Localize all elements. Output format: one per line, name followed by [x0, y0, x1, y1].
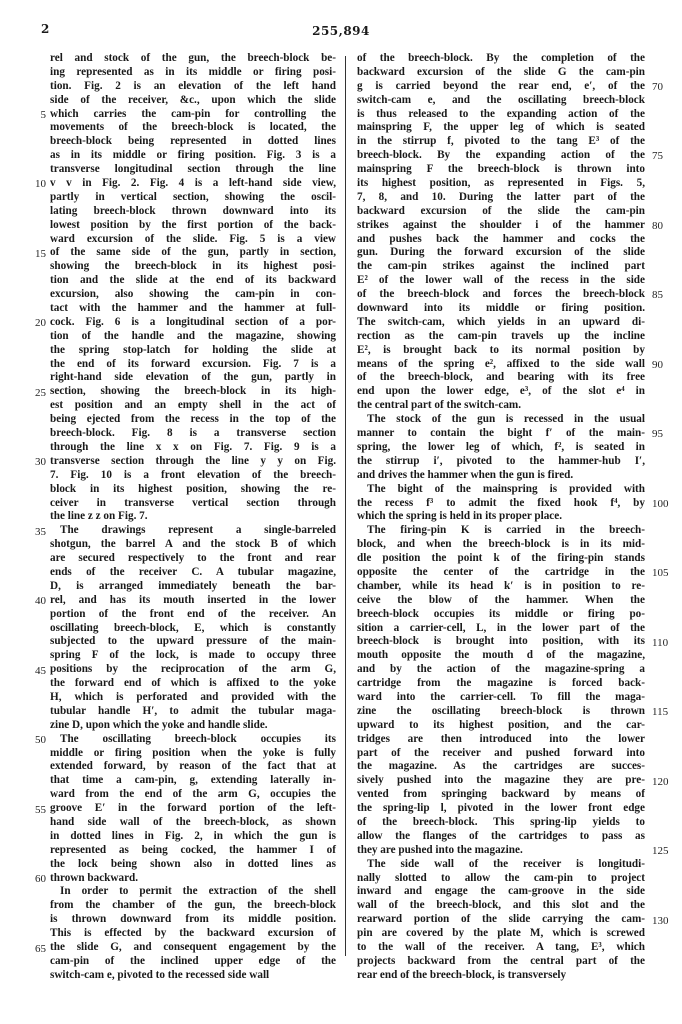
- text-line: partly in vertical section, showing the …: [50, 191, 336, 205]
- text-line: wall of the breech-block, and this slot …: [357, 899, 645, 913]
- text-line: to the wall of the receiver. A tang, E³,…: [357, 941, 645, 955]
- text-line: In order to permit the extraction of the…: [50, 885, 336, 899]
- line-number: 105: [652, 567, 669, 579]
- text-line: ing represented as in its middle or firi…: [50, 66, 336, 80]
- text-line: subjected to the upward pressure of the …: [50, 635, 336, 649]
- text-line: cam-pin of the inclined upper edge of th…: [50, 955, 336, 969]
- text-line: which carries the cam-pin for controllin…: [50, 108, 336, 122]
- text-line: and pushes back the hammer and cocks the: [357, 233, 645, 247]
- text-line: ceiver in transverse vertical section th…: [50, 497, 336, 511]
- text-line: tact with the hammer and the hammer at f…: [50, 302, 336, 316]
- text-line: ward into the carrier-cell. To fill the …: [357, 691, 645, 705]
- text-line: the forward end of which is affixed to t…: [50, 677, 336, 691]
- line-number: 55: [35, 804, 46, 816]
- text-line: tion and the slide at the end of its bac…: [50, 274, 336, 288]
- text-line: gun. During the forward excursion of the…: [357, 246, 645, 260]
- text-line: and by the action of the magazine-spring…: [357, 663, 645, 677]
- text-line: The firing-pin K is carried in the breec…: [357, 524, 645, 538]
- text-line: which the spring is held in its proper p…: [357, 510, 645, 524]
- text-line: v v in Fig. 2. Fig. 4 is a left-hand sid…: [50, 177, 336, 191]
- text-line: lating breech-block thrown downward into…: [50, 205, 336, 219]
- text-line: breech-block. By the expanding action of…: [357, 149, 645, 163]
- text-line: tridges are then introduced into the low…: [357, 733, 645, 747]
- line-number: 80: [652, 220, 663, 232]
- text-line: thrown backward.: [50, 872, 336, 886]
- text-line: transverse section through the line y y …: [50, 455, 336, 469]
- line-number: 5: [41, 109, 47, 121]
- text-line: inward and engage the cam-groove in the …: [357, 885, 645, 899]
- text-line: the line z z on Fig. 7.: [50, 510, 336, 524]
- text-line: E², is brought back to its normal positi…: [357, 344, 645, 358]
- text-line: rear end of the breech-block, is transve…: [357, 969, 645, 983]
- text-line: lowest position by the first portion of …: [50, 219, 336, 233]
- text-line: The switch-cam, which yields in an upwar…: [357, 316, 645, 330]
- line-number: 75: [652, 150, 663, 162]
- column-divider: [345, 56, 346, 956]
- text-line: breech-block occupies its middle or firi…: [357, 608, 645, 622]
- text-line: the central part of the switch-cam.: [357, 399, 645, 413]
- text-line: mouth opposite the mouth d of the magazi…: [357, 649, 645, 663]
- text-line: oscillating breech-block, E, which is co…: [50, 622, 336, 636]
- text-line: means of the spring e², affixed to the s…: [357, 358, 645, 372]
- text-line: allow the flanges of the cartridges to p…: [357, 830, 645, 844]
- text-line: in the stirrup f, pivoted to the tang E³…: [357, 135, 645, 149]
- text-line: The side wall of the receiver is longitu…: [357, 858, 645, 872]
- text-line: ward from the end of the arm G, occupies…: [50, 788, 336, 802]
- text-line: as in its middle or firing position. Fig…: [50, 149, 336, 163]
- text-line: through the line x x on Fig. 7. Fig. 9 i…: [50, 441, 336, 455]
- text-line: are secured respectively to the front an…: [50, 552, 336, 566]
- line-number: 110: [652, 637, 668, 649]
- text-line: in dotted lines in Fig. 2, in which the …: [50, 830, 336, 844]
- text-line: spring, the lower leg of which, f², is s…: [357, 441, 645, 455]
- text-line: tubular handle H′, to admit the tubular …: [50, 705, 336, 719]
- text-line: The drawings represent a single-barreled: [50, 524, 336, 538]
- text-line: the spring stop-latch for holding the sl…: [50, 344, 336, 358]
- text-line: side of the receiver, &c., upon which th…: [50, 94, 336, 108]
- text-line: the slide G, and consequent engagement b…: [50, 941, 336, 955]
- text-line: hand side wall of the breech-block, as s…: [50, 816, 336, 830]
- text-line: right-hand side elevation of the gun, pa…: [50, 371, 336, 385]
- text-line: ends of the receiver C. A tubular magazi…: [50, 566, 336, 580]
- text-line: tion of the handle and the magazine, sho…: [50, 330, 336, 344]
- text-line: its highest position, as represented in …: [357, 177, 645, 191]
- text-line: the recess f³ to admit the fixed hook f⁴…: [357, 497, 645, 511]
- line-number: 85: [652, 289, 663, 301]
- line-number: 70: [652, 81, 663, 93]
- text-line: rearward portion of the slide carrying t…: [357, 913, 645, 927]
- text-line: of the breech-block. This spring-lip yie…: [357, 816, 645, 830]
- text-line: mainspring F the breech-block is thrown …: [357, 163, 645, 177]
- line-number: 50: [35, 734, 46, 746]
- line-number: 10: [35, 178, 46, 190]
- text-line: zine the oscillating breech-block is thr…: [357, 705, 645, 719]
- text-line: spring F of the lock, is made to occupy …: [50, 649, 336, 663]
- text-line: 7. Fig. 10 is a front elevation of the b…: [50, 469, 336, 483]
- text-line: and drives the hammer when the gun is fi…: [357, 469, 645, 483]
- text-line: rel, and has its mouth inserted in the l…: [50, 594, 336, 608]
- text-line: showing the breech-block in its highest …: [50, 260, 336, 274]
- text-line: breech-block being represented in dotted…: [50, 135, 336, 149]
- text-line: chamber, while its head k′ is in positio…: [357, 580, 645, 594]
- text-line: movements of the breech-block is located…: [50, 121, 336, 135]
- text-line: of the breech-block, and bearing with it…: [357, 371, 645, 385]
- text-line: the end of its forward excursion. Fig. 7…: [50, 358, 336, 372]
- text-line: zine D, upon which the yoke and handle s…: [50, 719, 336, 733]
- text-line: nally slotted to allow the cam-pin to pr…: [357, 872, 645, 886]
- text-line: that time a cam-pin, g, extending latera…: [50, 774, 336, 788]
- line-number: 20: [35, 317, 46, 329]
- text-line: the lock being shown also in dotted line…: [50, 858, 336, 872]
- text-line: cock. Fig. 6 is a longitudinal section o…: [50, 316, 336, 330]
- text-line: The bight of the mainspring is provided …: [357, 483, 645, 497]
- patent-number: 255,894: [0, 24, 682, 38]
- text-line: pin are covered by the plate M, which is…: [357, 927, 645, 941]
- text-line: block, and when the breech-block is in i…: [357, 538, 645, 552]
- text-line: tion. Fig. 2 is an elevation of the left…: [50, 80, 336, 94]
- text-line: rel and stock of the gun, the breech-blo…: [50, 52, 336, 66]
- text-line: represented as being cocked, the hammer …: [50, 844, 336, 858]
- text-line: opposite the center of the cartridge in …: [357, 566, 645, 580]
- text-line: switch-cam e, pivoted to the recessed si…: [50, 969, 336, 983]
- text-line: The oscillating breech-block occupies it…: [50, 733, 336, 747]
- text-line: This is effected by the backward excursi…: [50, 927, 336, 941]
- text-line: vented from springing backward by means …: [357, 788, 645, 802]
- text-line: manner to contain the bight f′ of the ma…: [357, 427, 645, 441]
- line-number: 130: [652, 915, 669, 927]
- text-line: of the breech-block. By the completion o…: [357, 52, 645, 66]
- text-line: switch-cam e, and the oscillating breech…: [357, 94, 645, 108]
- text-line: The stock of the gun is recessed in the …: [357, 413, 645, 427]
- text-line: dle position the point k of the firing-p…: [357, 552, 645, 566]
- text-line: is thus released to the expanding action…: [357, 108, 645, 122]
- text-line: middle or firing position when the yoke …: [50, 747, 336, 761]
- text-line: end upon the lower edge, e³, of the slot…: [357, 385, 645, 399]
- text-line: extended forward, by reason of the fact …: [50, 760, 336, 774]
- text-line: section, showing the breech-block in its…: [50, 385, 336, 399]
- text-line: rection as the cam-pin travels up the in…: [357, 330, 645, 344]
- line-number: 35: [35, 526, 46, 538]
- text-line: the spring-lip l, pivoted in the lower f…: [357, 802, 645, 816]
- text-line: excursion, also showing the cam-pin in c…: [50, 288, 336, 302]
- text-line: sition a carrier-cell, L, in the lower p…: [357, 622, 645, 636]
- line-number: 115: [652, 706, 668, 718]
- text-line: positions by the reciprocation of the ar…: [50, 663, 336, 677]
- text-line: projects backward from the central part …: [357, 955, 645, 969]
- text-line: shotgun, the barrel A and the stock B of…: [50, 538, 336, 552]
- text-line: downward into its middle or firing posit…: [357, 302, 645, 316]
- text-line: H, which is perforated and provided with…: [50, 691, 336, 705]
- text-line: sively pushed into the magazine they are…: [357, 774, 645, 788]
- text-line: transverse longitudinal section through …: [50, 163, 336, 177]
- text-line: E² of the lower wall of the recess in th…: [357, 274, 645, 288]
- text-line: block in its highest position, showing t…: [50, 483, 336, 497]
- text-line: of the same side of the gun, partly in s…: [50, 246, 336, 260]
- line-number: 25: [35, 387, 46, 399]
- text-line: from the chamber of the gun, the breech-…: [50, 899, 336, 913]
- text-line: ceive the blow of the hammer. When the: [357, 594, 645, 608]
- line-number: 90: [652, 359, 663, 371]
- line-number: 95: [652, 428, 663, 440]
- text-line: breech-block. Fig. 8 is a transverse sec…: [50, 427, 336, 441]
- line-number: 60: [35, 873, 46, 885]
- text-line: the magazine. As the cartridges are succ…: [357, 760, 645, 774]
- text-line: 7, 8, and 10. During the latter part of …: [357, 191, 645, 205]
- line-number: 45: [35, 665, 46, 677]
- line-number: 30: [35, 456, 46, 468]
- text-line: mainspring F, the upper leg of which is …: [357, 121, 645, 135]
- line-number: 15: [35, 248, 46, 260]
- text-line: groove E′ in the forward portion of the …: [50, 802, 336, 816]
- line-number: 40: [35, 595, 46, 607]
- text-line: they are pushed into the magazine.: [357, 844, 645, 858]
- right-text-column: of the breech-block. By the completion o…: [357, 52, 645, 983]
- text-line: D, is arranged immediately beneath the b…: [50, 580, 336, 594]
- text-line: part of the receiver and pushed forward …: [357, 747, 645, 761]
- text-line: est position and an empty shell in the a…: [50, 399, 336, 413]
- text-line: the cam-pin strikes against the inclined…: [357, 260, 645, 274]
- left-text-column: rel and stock of the gun, the breech-blo…: [50, 52, 336, 983]
- line-number: 100: [652, 498, 669, 510]
- text-line: being ejected from the recess in the top…: [50, 413, 336, 427]
- text-line: g is carried beyond the rear end, e′, of…: [357, 80, 645, 94]
- text-line: the stirrup i′, pivoted to the hammer-hu…: [357, 455, 645, 469]
- line-number: 120: [652, 776, 669, 788]
- text-line: upward to its highest position, and the …: [357, 719, 645, 733]
- text-line: of the breech-block and forces the breec…: [357, 288, 645, 302]
- line-number: 125: [652, 845, 669, 857]
- text-line: portion of the front end of the receiver…: [50, 608, 336, 622]
- text-line: backward excursion of the slide G the ca…: [357, 66, 645, 80]
- text-line: breech-block is brought into position, w…: [357, 635, 645, 649]
- text-line: strikes against the shoulder i of the ha…: [357, 219, 645, 233]
- line-number: 65: [35, 943, 46, 955]
- text-line: ward excursion of the slide. Fig. 5 is a…: [50, 233, 336, 247]
- text-line: backward excursion of the slide the cam-…: [357, 205, 645, 219]
- text-line: is thrown downward from its middle posit…: [50, 913, 336, 927]
- text-line: cartridge from the magazine is forced ba…: [357, 677, 645, 691]
